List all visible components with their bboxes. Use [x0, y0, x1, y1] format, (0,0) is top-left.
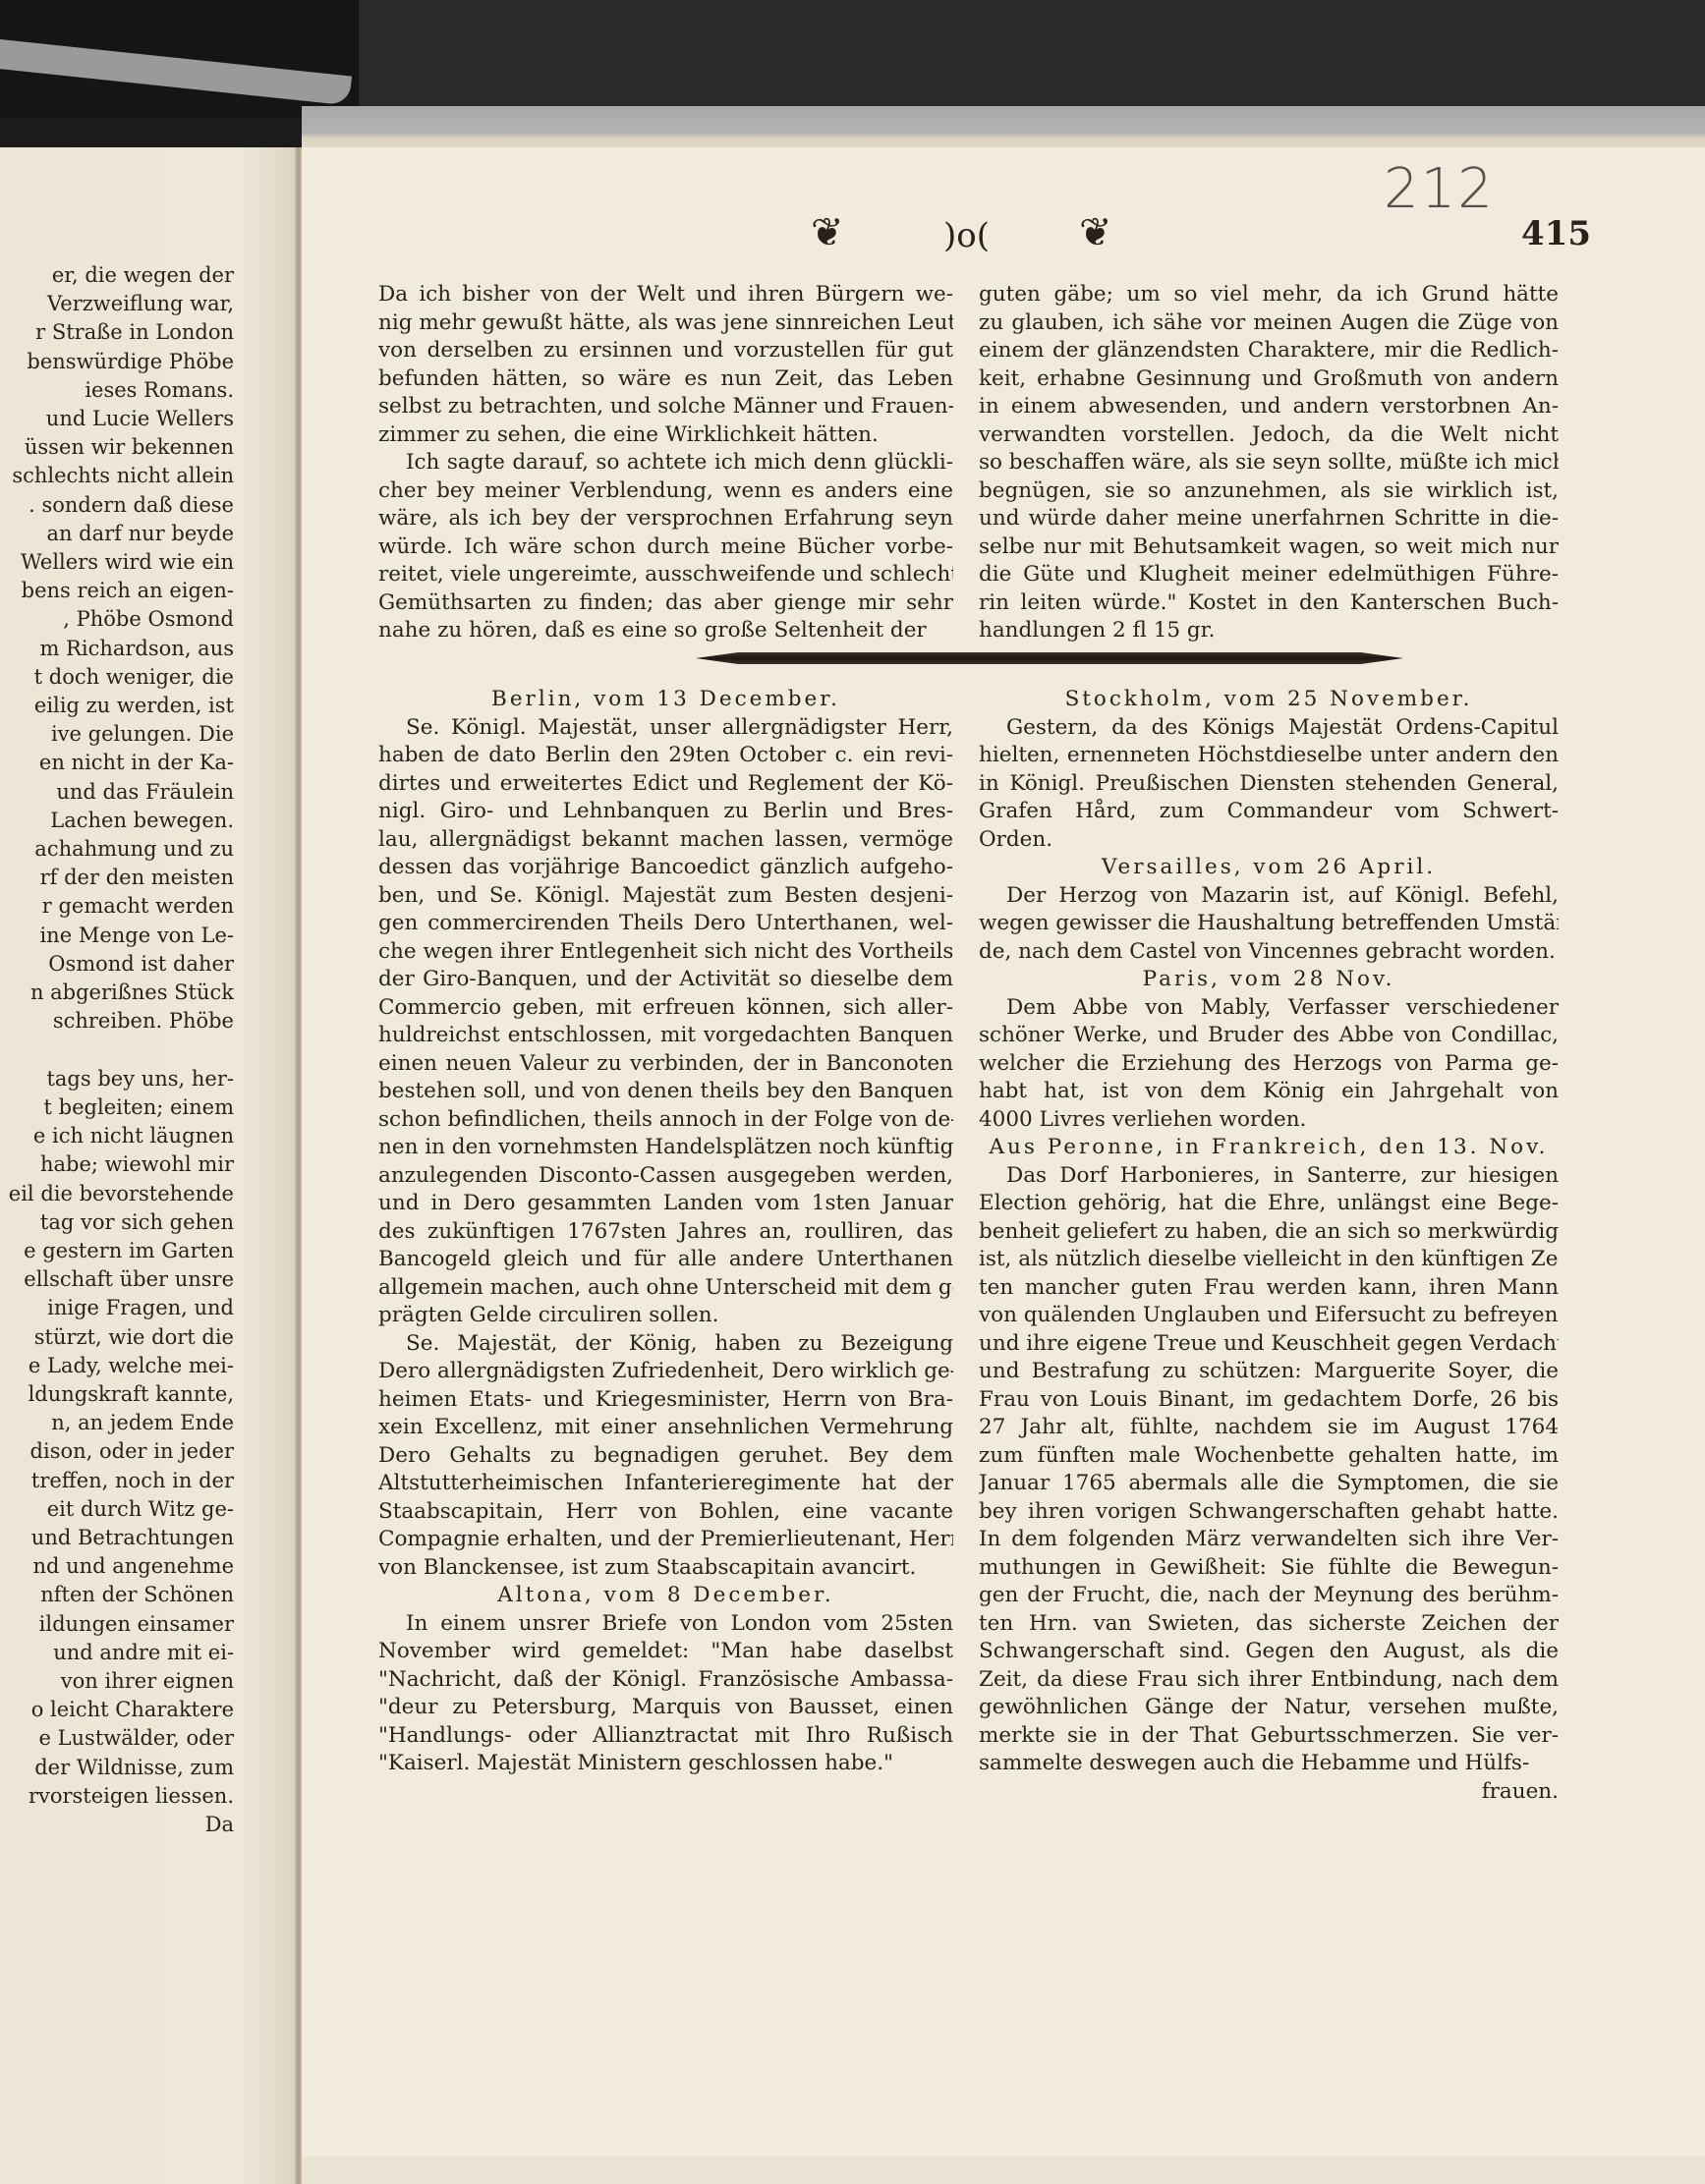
text-line: an darf nur beyde [0, 520, 234, 548]
book-review-column-right: guten gäbe; um so viel mehr, da ich Grun… [979, 281, 1559, 645]
text-line: n, an jedem Ende [0, 1409, 234, 1437]
news-body-altona: In einem unsrer Briefe von London vom 25… [378, 1610, 953, 1778]
text-line: und würde daher meine unerfahrnen Schrit… [979, 505, 1559, 533]
text-line: schlechts nicht allein [0, 462, 234, 490]
text-line: begnügen, sie so anzunehmen, als sie wir… [979, 477, 1559, 506]
text-line: cher bey meiner Verblendung, wenn es and… [378, 477, 953, 506]
news-body-berlin: Se. Königl. Majestät, unser allergnädigs… [378, 714, 953, 1583]
text-line: Frau von Louis Binant, im gedachtem Dorf… [979, 1386, 1559, 1415]
text-line: von derselben zu ersinnen und vorzustell… [378, 337, 953, 365]
news-heading-berlin: Berlin, vom 13 December. [378, 686, 953, 714]
text-line: r gemacht werden [0, 892, 234, 921]
text-line: Commercio geben, mit erfreuen können, si… [378, 994, 953, 1023]
text-line: en nicht in der Ka- [0, 749, 234, 777]
text-line: so beschaffen wäre, als sie seyn sollte,… [979, 449, 1559, 477]
text-line: treffen, noch in der [0, 1467, 234, 1495]
text-line: habt hat, ist von dem König ein Jahrgeha… [979, 1078, 1559, 1106]
text-line: Election gehörig, hat die Ehre, unlängst… [979, 1190, 1559, 1218]
news-heading-stockholm: Stockholm, vom 25 November. [979, 686, 1559, 714]
text-line: tags bey uns, her- [0, 1065, 234, 1093]
scan-background-board [359, 0, 1705, 108]
text-line: er, die wegen der [0, 261, 234, 290]
text-line: ten Hrn. van Swieten, das sicherste Zeic… [979, 1610, 1559, 1639]
text-line: dessen das vorjährige Bancoedict gänzlic… [378, 854, 953, 882]
text-line: nften der Schönen [0, 1581, 234, 1609]
news-body-paris: Dem Abbe von Mably, Verfasser verschiede… [979, 994, 1559, 1135]
text-line: würde. Ich wäre schon durch meine Bücher… [378, 533, 953, 562]
text-line: haben de dato Berlin den 29ten October c… [378, 742, 953, 770]
text-line: Schwangerschaft sind. Gegen den August, … [979, 1638, 1559, 1666]
text-line: rvorsteigen liessen. [0, 1782, 234, 1811]
text-line: t begleiten; einem [0, 1093, 234, 1122]
text-line: "deur zu Petersburg, Marquis von Bausset… [378, 1694, 953, 1722]
text-line: prägten Gelde circuliren sollen. [378, 1302, 953, 1330]
text-line: und Betrachtungen [0, 1524, 234, 1552]
text-line: 4000 Livres verliehen worden. [979, 1106, 1559, 1135]
text-line: e Lustwälder, oder [0, 1724, 234, 1753]
news-body-peronne: Das Dorf Harbonieres, in Santerre, zur h… [979, 1162, 1559, 1778]
text-line: e ich nicht läugnen [0, 1122, 234, 1150]
text-line: nigl. Giro- und Lehnbanquen zu Berlin un… [378, 798, 953, 826]
text-line: selbst zu betrachten, und solche Männer … [378, 393, 953, 421]
text-line: ten mancher guten Frau werden kann, ihre… [979, 1274, 1559, 1303]
news-column-left: Berlin, vom 13 December. Se. Königl. Maj… [378, 686, 953, 1778]
text-line: und Bestrafung zu schützen: Marguerite S… [979, 1358, 1559, 1386]
text-line: ben, und Se. Königl. Majestät zum Besten… [378, 882, 953, 911]
text-line: und Lucie Wellers [0, 405, 234, 433]
page-number: 415 [1521, 214, 1591, 253]
text-line: schon befindlichen, theils annoch in der… [378, 1106, 953, 1135]
text-line: eit durch Witz ge- [0, 1495, 234, 1524]
text-line: reitet, viele ungereimte, ausschweifende… [378, 561, 953, 589]
text-line: Zeit, da diese Frau sich ihrer Entbindun… [979, 1666, 1559, 1695]
text-line: und ihre eigene Treue und Keuschheit geg… [979, 1330, 1559, 1359]
text-line: allgemein machen, auch ohne Unterscheid … [378, 1274, 953, 1303]
text-line: Da ich bisher von der Welt und ihren Bür… [378, 281, 953, 309]
text-line: nen in den vornehmsten Handelsplätzen no… [378, 1134, 953, 1162]
text-line: bey ihren vorigen Schwangerschaften geha… [979, 1498, 1559, 1527]
text-line: guten gäbe; um so viel mehr, da ich Grun… [979, 281, 1559, 309]
text-line: verwandten vorstellen. Jedoch, da die We… [979, 421, 1559, 450]
text-line: ist, als nützlich dieselbe vielleicht in… [979, 1246, 1559, 1274]
text-line: eil die bevorstehende [0, 1180, 234, 1208]
text-line: und andre mit ei- [0, 1639, 234, 1667]
text-line: wäre, als ich bey der versprochnen Erfah… [378, 505, 953, 533]
text-line: gen commercirenden Theils Dero Unterthan… [378, 910, 953, 938]
text-line: selbe nur mit Behutsamkeit wagen, so wei… [979, 533, 1559, 562]
text-line: Januar 1765 abermals alle die Symptomen,… [979, 1470, 1559, 1498]
text-line: lau, allergnädigst bekannt machen lassen… [378, 826, 953, 855]
text-line: rin leiten würde." Kostet in den Kanters… [979, 589, 1559, 618]
text-line: Orden. [979, 826, 1559, 855]
shell-ornament-icon: ❦ [1079, 210, 1112, 255]
text-line: einem der glänzendsten Charaktere, mir d… [979, 337, 1559, 365]
book-review-column-left: Da ich bisher von der Welt und ihren Bür… [378, 281, 953, 645]
text-line: befunden hätten, so wäre es nun Zeit, da… [378, 365, 953, 394]
text-line: Osmond ist daher [0, 950, 234, 979]
text-line: ellschaft über unsre [0, 1265, 234, 1294]
text-line: heimen Etats- und Kriegesminister, Herrn… [378, 1386, 953, 1415]
text-line: Dem Abbe von Mably, Verfasser verschiede… [979, 994, 1559, 1023]
text-line: zimmer zu sehen, die eine Wirklichkeit h… [378, 421, 953, 450]
text-line: , Phöbe Osmond [0, 605, 234, 634]
text-line: e gestern im Garten [0, 1237, 234, 1265]
text-line: "Handlungs- oder Allianztractat mit Ihro… [378, 1722, 953, 1751]
text-line: r Straße in London [0, 318, 234, 347]
text-line: Bancogeld gleich und für alle andere Unt… [378, 1246, 953, 1274]
news-column-right: Stockholm, vom 25 November. Gestern, da … [979, 686, 1559, 1806]
text-line: November wird gemeldet: "Man habe daselb… [378, 1638, 953, 1666]
text-line: bestehen soll, und von denen theils bey … [378, 1078, 953, 1106]
news-heading-versailles: Versailles, vom 26 April. [979, 854, 1559, 882]
left-page-text-column: er, die wegen derVerzweiflung war,r Stra… [0, 261, 234, 1839]
handwritten-folio-number: 212 [1384, 157, 1495, 221]
text-line: nd und angenehme [0, 1552, 234, 1581]
text-line: Se. Majestät, der König, haben zu Bezeig… [378, 1330, 953, 1359]
text-line: welcher die Erziehung des Herzogs von Pa… [979, 1050, 1559, 1079]
center-ornament-icon: )o( [943, 216, 990, 255]
text-line: nahe zu hören, daß es eine so große Selt… [378, 617, 953, 645]
text-line: inige Fragen, und [0, 1294, 234, 1322]
text-line: "Kaiserl. Majestät Ministern geschlossen… [378, 1750, 953, 1778]
news-heading-peronne: Aus Peronne, in Frankreich, den 13. Nov. [979, 1134, 1559, 1162]
text-line: des zukünftigen 1767sten Jahres an, roul… [378, 1218, 953, 1247]
text-line: In dem folgenden März verwandelten sich … [979, 1526, 1559, 1554]
text-line: ine Menge von Le- [0, 922, 234, 950]
news-heading-altona: Altona, vom 8 December. [378, 1582, 953, 1610]
text-line: benheit geliefert zu haben, die an sich … [979, 1218, 1559, 1247]
text-line: Das Dorf Harbonieres, in Santerre, zur h… [979, 1162, 1559, 1191]
text-line: Compagnie erhalten, und der Premierlieut… [378, 1526, 953, 1554]
text-line: der Giro-Banquen, und der Activität so d… [378, 966, 953, 994]
text-line: o leicht Charaktere [0, 1696, 234, 1724]
text-line: üssen wir bekennen [0, 433, 234, 462]
text-line: der Wildnisse, zum [0, 1754, 234, 1782]
section-divider-rule [696, 652, 1403, 664]
text-line: Der Herzog von Mazarin ist, auf Königl. … [979, 882, 1559, 911]
text-line: ive gelungen. Die [0, 720, 234, 749]
text-line: "Nachricht, daß der Königl. Französische… [378, 1666, 953, 1695]
text-line: . sondern daß diese [0, 491, 234, 520]
text-line: Grafen Hård, zum Commandeur vom Schwert- [979, 798, 1559, 826]
text-line: Verzweiflung war, [0, 290, 234, 318]
text-line: n abgerißnes Stück [0, 979, 234, 1007]
text-line: Dero Gehalts zu begnadigen geruhet. Bey … [378, 1442, 953, 1471]
news-body-stockholm: Gestern, da des Königs Majestät Ordens-C… [979, 714, 1559, 855]
text-line: keit, erhabne Gesinnung und Großmuth von… [979, 365, 1559, 394]
text-line: che wegen ihrer Entlegenheit sich nicht … [378, 938, 953, 967]
catchword: frauen. [979, 1778, 1559, 1807]
text-line: stürzt, wie dort die [0, 1323, 234, 1352]
text-line [0, 1036, 234, 1064]
page-bottom-margin [302, 2156, 1705, 2184]
text-line: schreiben. Phöbe [0, 1007, 234, 1036]
text-line: ildungen einsamer [0, 1610, 234, 1639]
text-line: e Lady, welche mei- [0, 1352, 234, 1380]
text-line: eilig zu werden, ist [0, 692, 234, 720]
text-line: Gestern, da des Königs Majestät Ordens-C… [979, 714, 1559, 743]
text-line: anzulegenden Disconto-Cassen ausgegeben … [378, 1162, 953, 1191]
shell-ornament-icon: ❦ [811, 210, 844, 255]
text-line: Wellers wird wie ein [0, 548, 234, 577]
text-line: bens reich an eigen- [0, 577, 234, 605]
text-line: in Königl. Preußischen Diensten stehende… [979, 770, 1559, 799]
news-heading-paris: Paris, vom 28 Nov. [979, 966, 1559, 994]
text-line: dison, oder in jeder [0, 1437, 234, 1466]
text-line: und das Fräulein [0, 778, 234, 807]
text-line: Dero allergnädigsten Zufriedenheit, Dero… [378, 1358, 953, 1386]
text-line: gen der Frucht, die, nach der Meynung de… [979, 1582, 1559, 1610]
text-line: Altstutterheimischen Infanterieregimente… [378, 1470, 953, 1498]
text-line: achahmung und zu [0, 835, 234, 864]
text-line: Se. Königl. Majestät, unser allergnädigs… [378, 714, 953, 743]
text-line: Lachen bewegen. [0, 807, 234, 835]
text-line: zum fünften male Wochenbette gehalten ha… [979, 1442, 1559, 1471]
text-line: Gemüthsarten zu finden; das aber gienge … [378, 589, 953, 618]
text-line: dirtes und erweitertes Edict und Regleme… [378, 770, 953, 799]
text-line: von ihrer eignen [0, 1667, 234, 1696]
text-line: ieses Romans. [0, 376, 234, 405]
text-line: die Güte und Klugheit meiner edelmüthige… [979, 561, 1559, 589]
text-line: ldungskraft kannte, [0, 1380, 234, 1409]
text-line: benswürdige Phöbe [0, 348, 234, 376]
text-line: Ich sagte darauf, so achtete ich mich de… [378, 449, 953, 477]
text-line: tag vor sich gehen [0, 1208, 234, 1237]
text-line: von Blanckensee, ist zum Staabscapitain … [378, 1554, 953, 1583]
text-line: in einem abwesenden, und andern verstorb… [979, 393, 1559, 421]
text-line: merkte sie in der That Geburtsschmerzen.… [979, 1722, 1559, 1751]
text-line: huldreichst entschlossen, mit vorgedacht… [378, 1022, 953, 1050]
text-line: muthungen in Gewißheit: Sie fühlte die B… [979, 1554, 1559, 1583]
text-line: Staabscapitain, Herr von Bohlen, eine va… [378, 1498, 953, 1527]
text-line: de, nach dem Castel von Vincennes gebrac… [979, 938, 1559, 967]
text-line: einen neuen Valeur zu verbinden, der in … [378, 1050, 953, 1079]
text-line: nig mehr gewußt hätte, als was jene sinn… [378, 309, 953, 338]
text-line: xein Excellenz, mit einer ansehnlichen V… [378, 1414, 953, 1442]
text-line: hielten, ernenneten Höchstdieselbe unter… [979, 742, 1559, 770]
text-line: zu glauben, ich sähe vor meinen Augen di… [979, 309, 1559, 338]
text-line: m Richardson, aus [0, 635, 234, 663]
text-line: gewöhnlichen Gänge der Natur, versehen m… [979, 1694, 1559, 1722]
text-line: und in Dero gesammten Landen vom 1sten J… [378, 1190, 953, 1218]
text-line: Da [0, 1811, 234, 1839]
text-line: habe; wiewohl mir [0, 1150, 234, 1179]
text-line: von quälenden Unglauben und Eifersucht z… [979, 1302, 1559, 1330]
text-line: rf der den meisten [0, 864, 234, 892]
text-line: 27 Jahr alt, fühlte, nachdem sie im Augu… [979, 1414, 1559, 1442]
text-line: handlungen 2 fl 15 gr. [979, 617, 1559, 645]
text-line: In einem unsrer Briefe von London vom 25… [378, 1610, 953, 1639]
text-line: sammelte deswegen auch die Hebamme und H… [979, 1750, 1559, 1778]
text-line: schöner Werke, und Bruder des Abbe von C… [979, 1022, 1559, 1050]
text-line: wegen gewisser die Haushaltung betreffen… [979, 910, 1559, 938]
right-page-edge [302, 106, 1705, 151]
news-body-versailles: Der Herzog von Mazarin ist, auf Königl. … [979, 882, 1559, 967]
text-line: t doch weniger, die [0, 663, 234, 692]
